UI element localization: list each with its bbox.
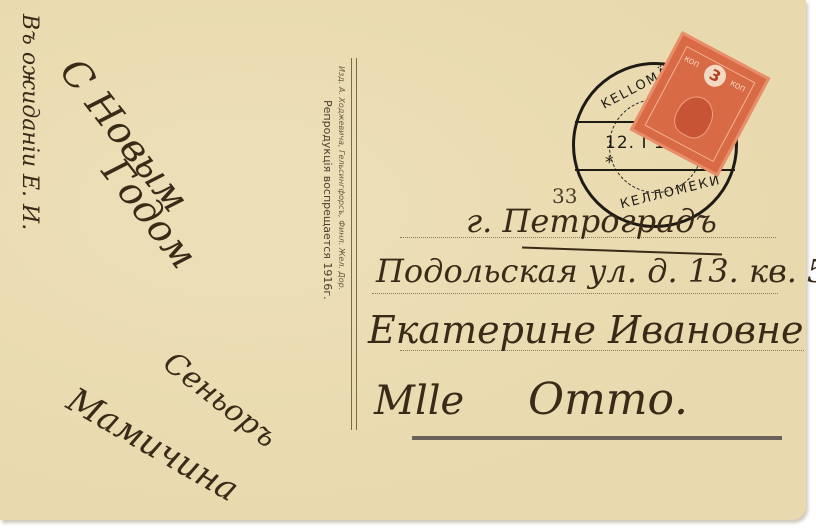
center-divider bbox=[351, 58, 357, 430]
recipient-title: Mlle bbox=[374, 378, 464, 424]
address-city: г. Петроградъ bbox=[466, 202, 717, 240]
address-line-2 bbox=[372, 293, 778, 294]
address-street: Подольская ул. д. 13. кв. 5. bbox=[376, 252, 816, 290]
address-underline bbox=[412, 436, 782, 440]
publisher-line-1: Изд. А. Ходжевича, Гельсингфорсъ, Финл. … bbox=[337, 66, 346, 290]
margin-note: Въ ожиданіи Е. И. bbox=[17, 14, 42, 230]
recipient-name: Екатерине Ивановне bbox=[368, 308, 803, 352]
postcard: Въ ожиданіи Е. И. С Новым Годом Сеньоръ … bbox=[0, 0, 806, 520]
recipient-surname: Отто. bbox=[528, 374, 688, 425]
publisher-line-2: Репродукція воспрещается 1916г. bbox=[321, 100, 334, 300]
